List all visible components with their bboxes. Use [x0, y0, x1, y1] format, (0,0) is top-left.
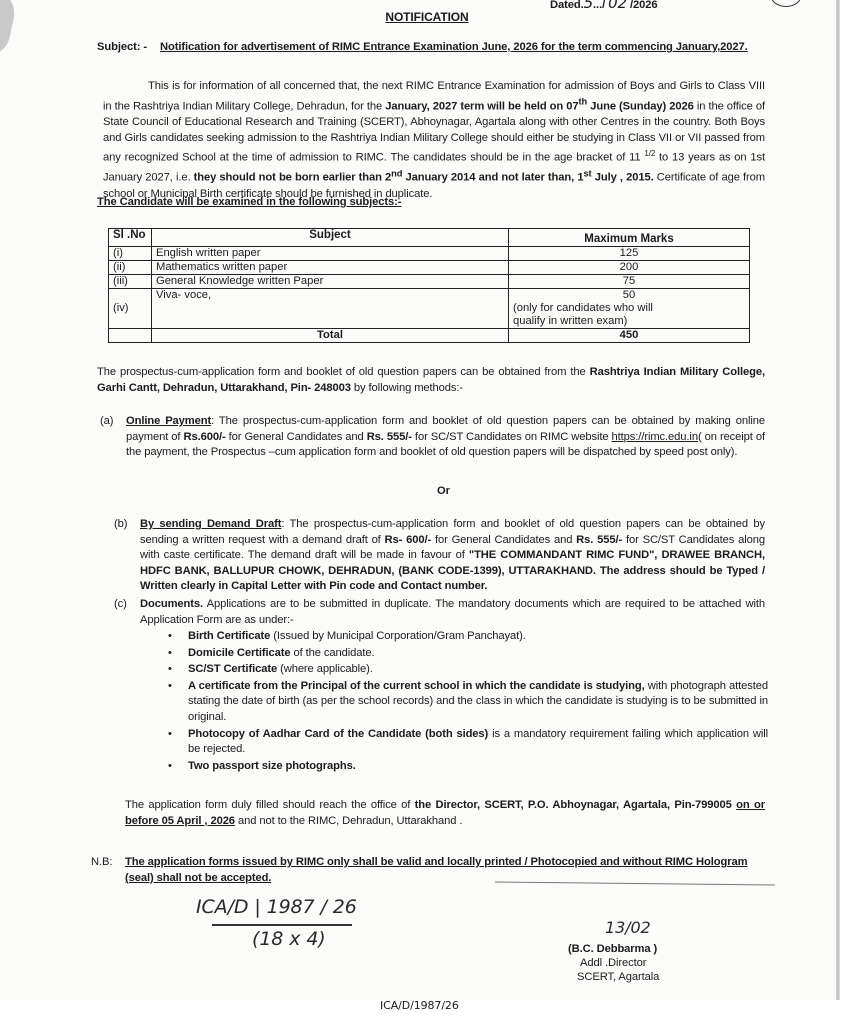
prospectus-paragraph: The prospectus-cum-application form and …: [97, 365, 765, 396]
page-edge-shadow: [836, 0, 840, 1000]
exam-subjects-heading: The Candidate will be examined in the fo…: [97, 195, 401, 211]
signature-handwritten: 13/02: [605, 920, 651, 936]
header-slno: Sl .No: [109, 229, 152, 247]
nb-text: The application forms issued by RIMC onl…: [125, 855, 765, 886]
nb-label: N.B:: [91, 855, 112, 871]
bullet-icon: •: [168, 727, 172, 743]
method-demand-draft: (b) By sending Demand Draft: The prospec…: [114, 517, 765, 595]
bullet-icon: •: [168, 679, 172, 695]
table-row: (iv) Viva- voce, 50 (only for candidates…: [109, 289, 750, 329]
table-row: (i) English written paper 125: [109, 247, 750, 261]
bullet-icon: •: [168, 759, 172, 775]
rimc-website-link[interactable]: https://rimc.edu.in: [612, 431, 698, 443]
intro-paragraph: This is for information of all concerned…: [103, 79, 765, 202]
signatory-office: SCERT, Agartala: [577, 970, 659, 986]
header-max-marks: Maximum Marks: [509, 229, 750, 247]
list-item: •Two passport size photographs.: [168, 759, 768, 775]
footer-reference: ICA/D/1987/26: [380, 998, 459, 1014]
method-documents: (c) Documents. Applications are to be su…: [114, 597, 765, 628]
subject-text: Notification for advertisement of RIMC E…: [160, 40, 770, 56]
method-online-payment: (a) Online Payment: The prospectus-cum-a…: [100, 414, 765, 461]
table-row: (iii) General Knowledge written Paper 75: [109, 275, 750, 289]
table-row: (ii) Mathematics written paper 200: [109, 261, 750, 275]
closing-paragraph: The application form duly filled should …: [125, 798, 765, 829]
list-item: •Photocopy of Aadhar Card of the Candida…: [168, 727, 768, 758]
handwritten-divider: [212, 924, 352, 926]
table-total-row: Total 450: [109, 329, 750, 343]
bullet-icon: •: [168, 629, 172, 645]
documents-list: •Birth Certificate (Issued by Municipal …: [168, 629, 768, 775]
list-item: •SC/ST Certificate (where applicable).: [168, 662, 768, 678]
or-separator: Or: [437, 484, 450, 500]
handwritten-reference: ICA/D | 1987 / 26: [196, 896, 357, 918]
handwritten-copies: (18 x 4): [252, 928, 326, 950]
bullet-icon: •: [168, 646, 172, 662]
table-header-row: Sl .No Subject Maximum Marks: [109, 229, 750, 247]
list-item: •Domicile Certificate of the candidate.: [168, 646, 768, 662]
list-item: •Birth Certificate (Issued by Municipal …: [168, 629, 768, 645]
bullet-icon: •: [168, 662, 172, 678]
page-title: NOTIFICATION: [0, 10, 854, 26]
subject-label: Subject: -: [97, 40, 147, 56]
list-item: •A certificate from the Principal of the…: [168, 679, 768, 726]
marks-table: Sl .No Subject Maximum Marks (i) English…: [108, 228, 750, 343]
header-subject: Subject: [152, 229, 509, 247]
